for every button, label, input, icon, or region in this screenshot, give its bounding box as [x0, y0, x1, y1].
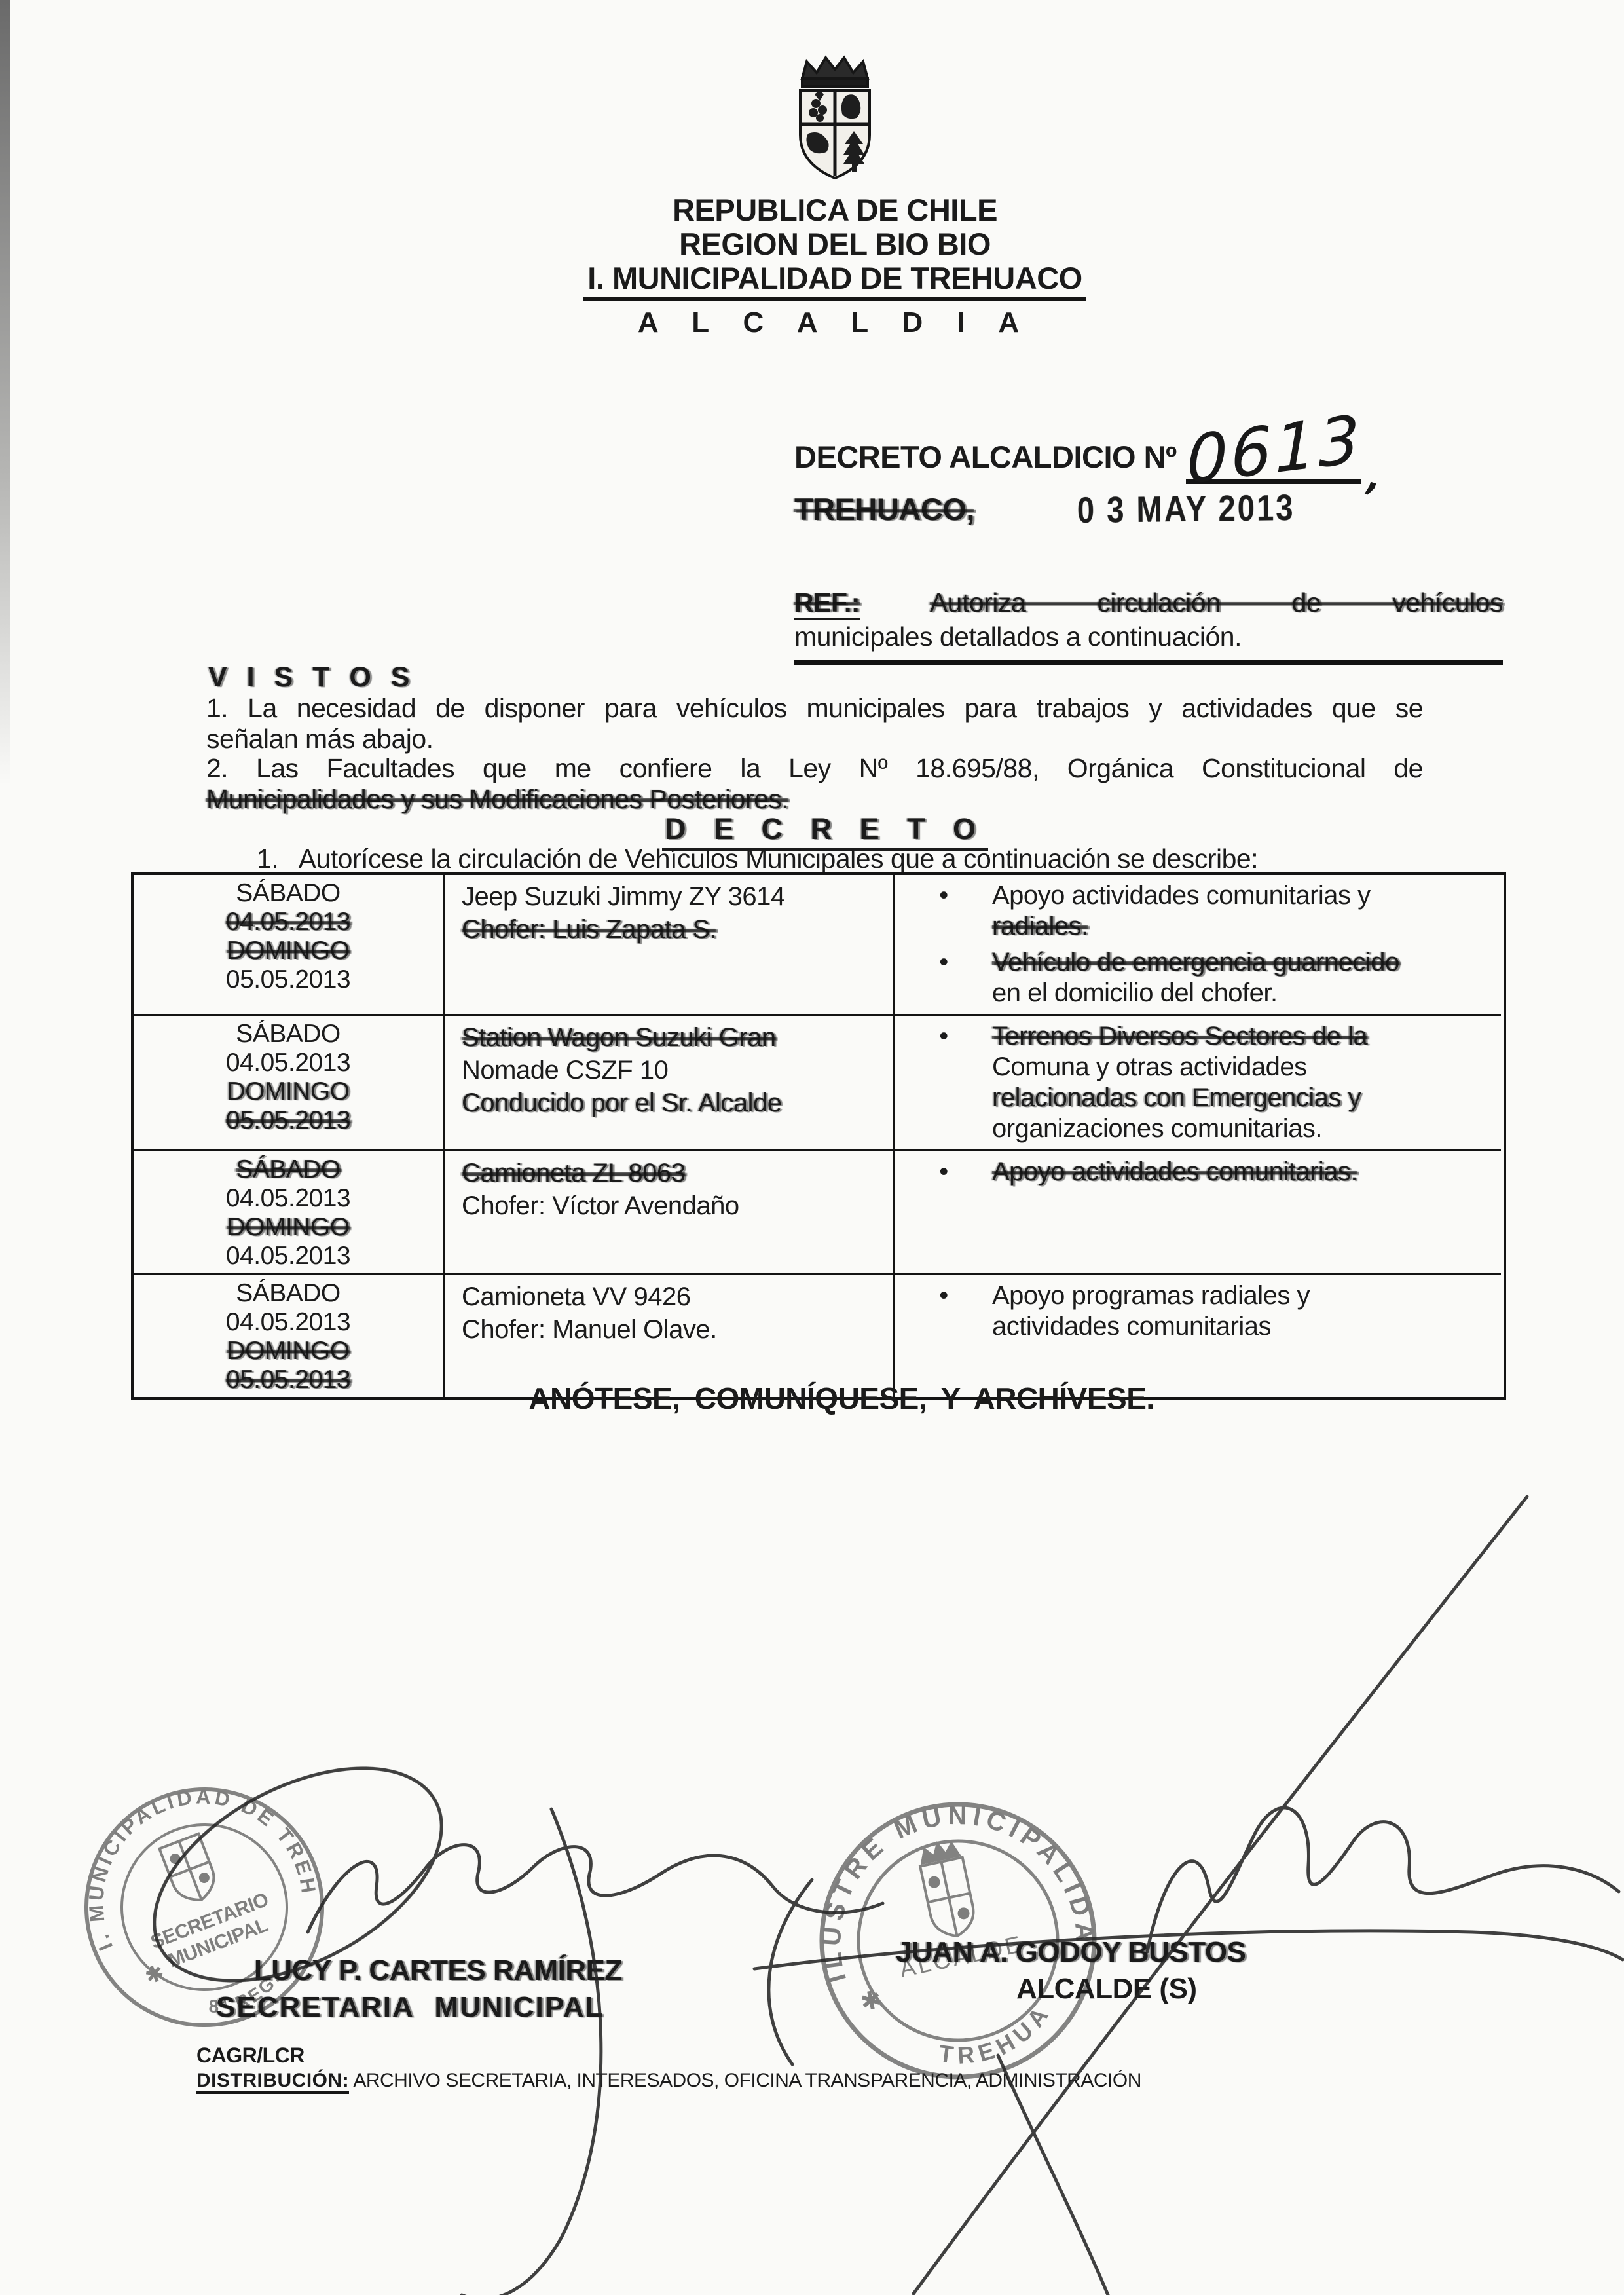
vistos-item2-line1: 2. Las Facultades que me confiere la Ley…: [206, 753, 1423, 784]
date-line: 04.05.2013: [134, 1049, 443, 1077]
letterhead: REPUBLICA DE CHILE REGION DEL BIO BIO I.…: [46, 51, 1624, 339]
decree-number-handwritten: 0613: [1186, 400, 1363, 499]
task-item: • Apoyo actividades comunitarias.: [895, 1157, 1494, 1187]
bullet-icon: •: [895, 880, 992, 942]
date-line: SÁBADO: [134, 879, 443, 908]
vistos-item1-line2: señalan más abajo.: [206, 724, 1423, 755]
task-lines: Terrenos Diversos Sectores de la Comuna …: [992, 1021, 1367, 1144]
decree-number-field: 0613: [1186, 411, 1361, 484]
date-stamp: 0 3 MAY 2013: [1077, 486, 1295, 531]
distribution-text: ARCHIVO SECRETARIA, INTERESADOS, OFICINA…: [349, 2070, 1141, 2091]
region-line: REGION DEL BIO BIO: [46, 227, 1624, 261]
bullet-icon: •: [895, 1021, 992, 1144]
table-row-2-tasks: • Terrenos Diversos Sectores de la Comun…: [893, 1014, 1501, 1149]
decreto-intro: 1. Autorícese la circulación de Vehículo…: [257, 844, 1258, 874]
table-row-4-dates: SÁBADO 04.05.2013 DOMINGO 05.05.2013: [134, 1273, 443, 1397]
date-line: SÁBADO: [134, 1279, 443, 1308]
task-lines: Apoyo actividades comunitarias y radiale…: [992, 880, 1371, 942]
office-line: A L C A L D I A: [46, 307, 1624, 339]
bullet-icon: •: [895, 1280, 992, 1342]
date-line: 04.05.2013: [134, 1242, 443, 1271]
ref-label: REF.:: [794, 588, 860, 620]
table-row-3-dates: SÁBADO 04.05.2013 DOMINGO 04.05.2013: [134, 1149, 443, 1273]
mayor-name: JUAN A. GODOY BUSTOS: [896, 1936, 1246, 1969]
decreto-intro-num: 1.: [257, 844, 278, 874]
decree-number-suffix: ,: [1364, 456, 1388, 486]
table-row-2-vehicle: Station Wagon Suzuki Gran Nomade CSZF 10…: [443, 1014, 893, 1149]
vistos-title: V I S T O S: [208, 662, 415, 694]
table-row-2-dates: SÁBADO 04.05.2013 DOMINGO 05.05.2013: [134, 1014, 443, 1149]
vehicle-line: Camioneta VV 9426: [462, 1280, 893, 1313]
task-line: Apoyo actividades comunitarias.: [992, 1157, 1357, 1187]
table-row-1-vehicle: Jeep Suzuki Jimmy ZY 3614 Chofer: Luis Z…: [443, 875, 893, 1014]
task-item: • Terrenos Diversos Sectores de la Comun…: [895, 1021, 1494, 1144]
table-row-3-vehicle: Camioneta ZL 8063 Chofer: Víctor Avendañ…: [443, 1149, 893, 1273]
table-row-1-dates: SÁBADO 04.05.2013 DOMINGO 05.05.2013: [134, 875, 443, 1014]
date-line: 05.05.2013: [134, 965, 443, 994]
bullet-icon: •: [895, 947, 992, 1009]
decree-number-line: DECRETO ALCALDICIO Nº 0613 ,: [794, 411, 1385, 484]
task-line: Terrenos Diversos Sectores de la: [992, 1021, 1367, 1052]
vistos-item-1: 1. La necesidad de disponer para vehícul…: [206, 693, 1423, 755]
mayor-title: ALCALDE (S): [1016, 1973, 1197, 2006]
date-line: DOMINGO: [134, 1213, 443, 1242]
bullet-icon: •: [895, 1157, 992, 1187]
ref-line-1: REF.: Autoriza circulación de vehículos: [794, 586, 1503, 620]
table-row-4-tasks: • Apoyo programas radiales y actividades…: [893, 1273, 1501, 1397]
vistos-item-2: 2. Las Facultades que me confiere la Ley…: [206, 753, 1423, 815]
task-lines: Vehículo de emergencia guarnecido en el …: [992, 947, 1399, 1009]
date-line: 05.05.2013: [134, 1106, 443, 1135]
task-line: Apoyo actividades comunitarias y: [992, 880, 1371, 911]
date-line: 04.05.2013: [134, 1308, 443, 1337]
place-label: TREHUACO,: [794, 491, 974, 527]
date-line: DOMINGO: [134, 1077, 443, 1106]
ref-line-2: municipales detallados a continuación.: [794, 620, 1503, 654]
vehicle-line: Station Wagon Suzuki Gran: [462, 1021, 893, 1054]
date-line: 04.05.2013: [134, 908, 443, 937]
task-item: • Vehículo de emergencia guarnecido en e…: [895, 947, 1494, 1009]
municipal-coat-of-arms-icon: [786, 51, 884, 190]
table-row-1-tasks: • Apoyo actividades comunitarias y radia…: [893, 875, 1501, 1014]
decreto-intro-text: Autorícese la circulación de Vehículos M…: [299, 844, 1259, 874]
distribution-line: DISTRIBUCIÓN: ARCHIVO SECRETARIA, INTERE…: [196, 2070, 1153, 2092]
distribution-label: DISTRIBUCIÓN:: [196, 2070, 349, 2094]
secretary-title: SECRETARIA MUNICIPAL: [216, 1991, 604, 2024]
municipality-line: I. MUNICIPALIDAD DE TREHUACO: [583, 261, 1086, 301]
task-line: Comuna y otras actividades: [992, 1052, 1367, 1083]
document-initials: CAGR/LCR: [196, 2043, 304, 2068]
vehicle-line: Chofer: Víctor Avendaño: [462, 1189, 893, 1222]
vistos-item2-line2: Municipalidades y sus Modificaciones Pos…: [206, 784, 1423, 815]
task-item: • Apoyo programas radiales y actividades…: [895, 1280, 1494, 1342]
right-signature-scribble: [1147, 1808, 1619, 1952]
country-line: REPUBLICA DE CHILE: [46, 193, 1624, 227]
vehicle-line: Conducido por el Sr. Alcalde: [462, 1087, 893, 1119]
date-line: SÁBADO: [134, 1020, 443, 1049]
vehicle-line: Camioneta ZL 8063: [462, 1157, 893, 1189]
stamp-star-icon: ✱: [141, 1960, 168, 1990]
secretary-name: LUCY P. CARTES RAMÍREZ: [254, 1954, 622, 1987]
vehicle-line: Nomade CSZF 10: [462, 1054, 893, 1087]
date-line: DOMINGO: [134, 1337, 443, 1366]
vehicle-line: Jeep Suzuki Jimmy ZY 3614: [462, 880, 893, 913]
task-line: actividades comunitarias: [992, 1311, 1310, 1342]
task-line: radiales.: [992, 911, 1371, 942]
scan-edge-artifact: [0, 0, 10, 786]
vehicle-table: SÁBADO 04.05.2013 DOMINGO 05.05.2013 Jee…: [131, 872, 1506, 1400]
task-lines: Apoyo programas radiales y actividades c…: [992, 1280, 1310, 1342]
closing-formula: ANÓTESE, COMUNÍQUESE, Y ARCHÍVESE.: [59, 1381, 1624, 1416]
date-line: SÁBADO: [134, 1155, 443, 1184]
stamp-star-icon: ✱: [858, 1986, 883, 2017]
table-row-3-tasks: • Apoyo actividades comunitarias.: [893, 1149, 1501, 1273]
secretaria-municipal-stamp: I. MUNICIPALIDAD DE TREHUACO SECRETARIO …: [35, 1738, 374, 2077]
task-line: relacionadas con Emergencias y: [992, 1083, 1367, 1113]
vehicle-line: Chofer: Luis Zapata S.: [462, 913, 893, 946]
ref-block: REF.: Autoriza circulación de vehículos …: [794, 586, 1503, 665]
task-line: en el domicilio del chofer.: [992, 978, 1399, 1009]
date-line: 04.05.2013: [134, 1184, 443, 1213]
scanned-decree-document: REPUBLICA DE CHILE REGION DEL BIO BIO I.…: [0, 0, 1624, 2295]
vehicle-line: Chofer: Manuel Olave.: [462, 1313, 893, 1346]
left-signature-descender: [462, 1809, 601, 2295]
task-item: • Apoyo actividades comunitarias y radia…: [895, 880, 1494, 942]
task-line: organizaciones comunitarias.: [992, 1113, 1367, 1144]
task-line: Vehículo de emergencia guarnecido: [992, 947, 1399, 978]
ref-line1-text: Autoriza circulación de vehículos: [930, 588, 1503, 618]
place-date-line: TREHUACO, 0 3 MAY 2013: [794, 490, 1301, 528]
vistos-item1-line1: 1. La necesidad de disponer para vehícul…: [206, 693, 1423, 724]
date-line: DOMINGO: [134, 937, 443, 965]
table-row-4-vehicle: Camioneta VV 9426 Chofer: Manuel Olave.: [443, 1273, 893, 1397]
task-line: Apoyo programas radiales y: [992, 1280, 1310, 1311]
decree-title-label: DECRETO ALCALDICIO Nº: [794, 439, 1177, 484]
task-lines: Apoyo actividades comunitarias.: [992, 1157, 1357, 1187]
